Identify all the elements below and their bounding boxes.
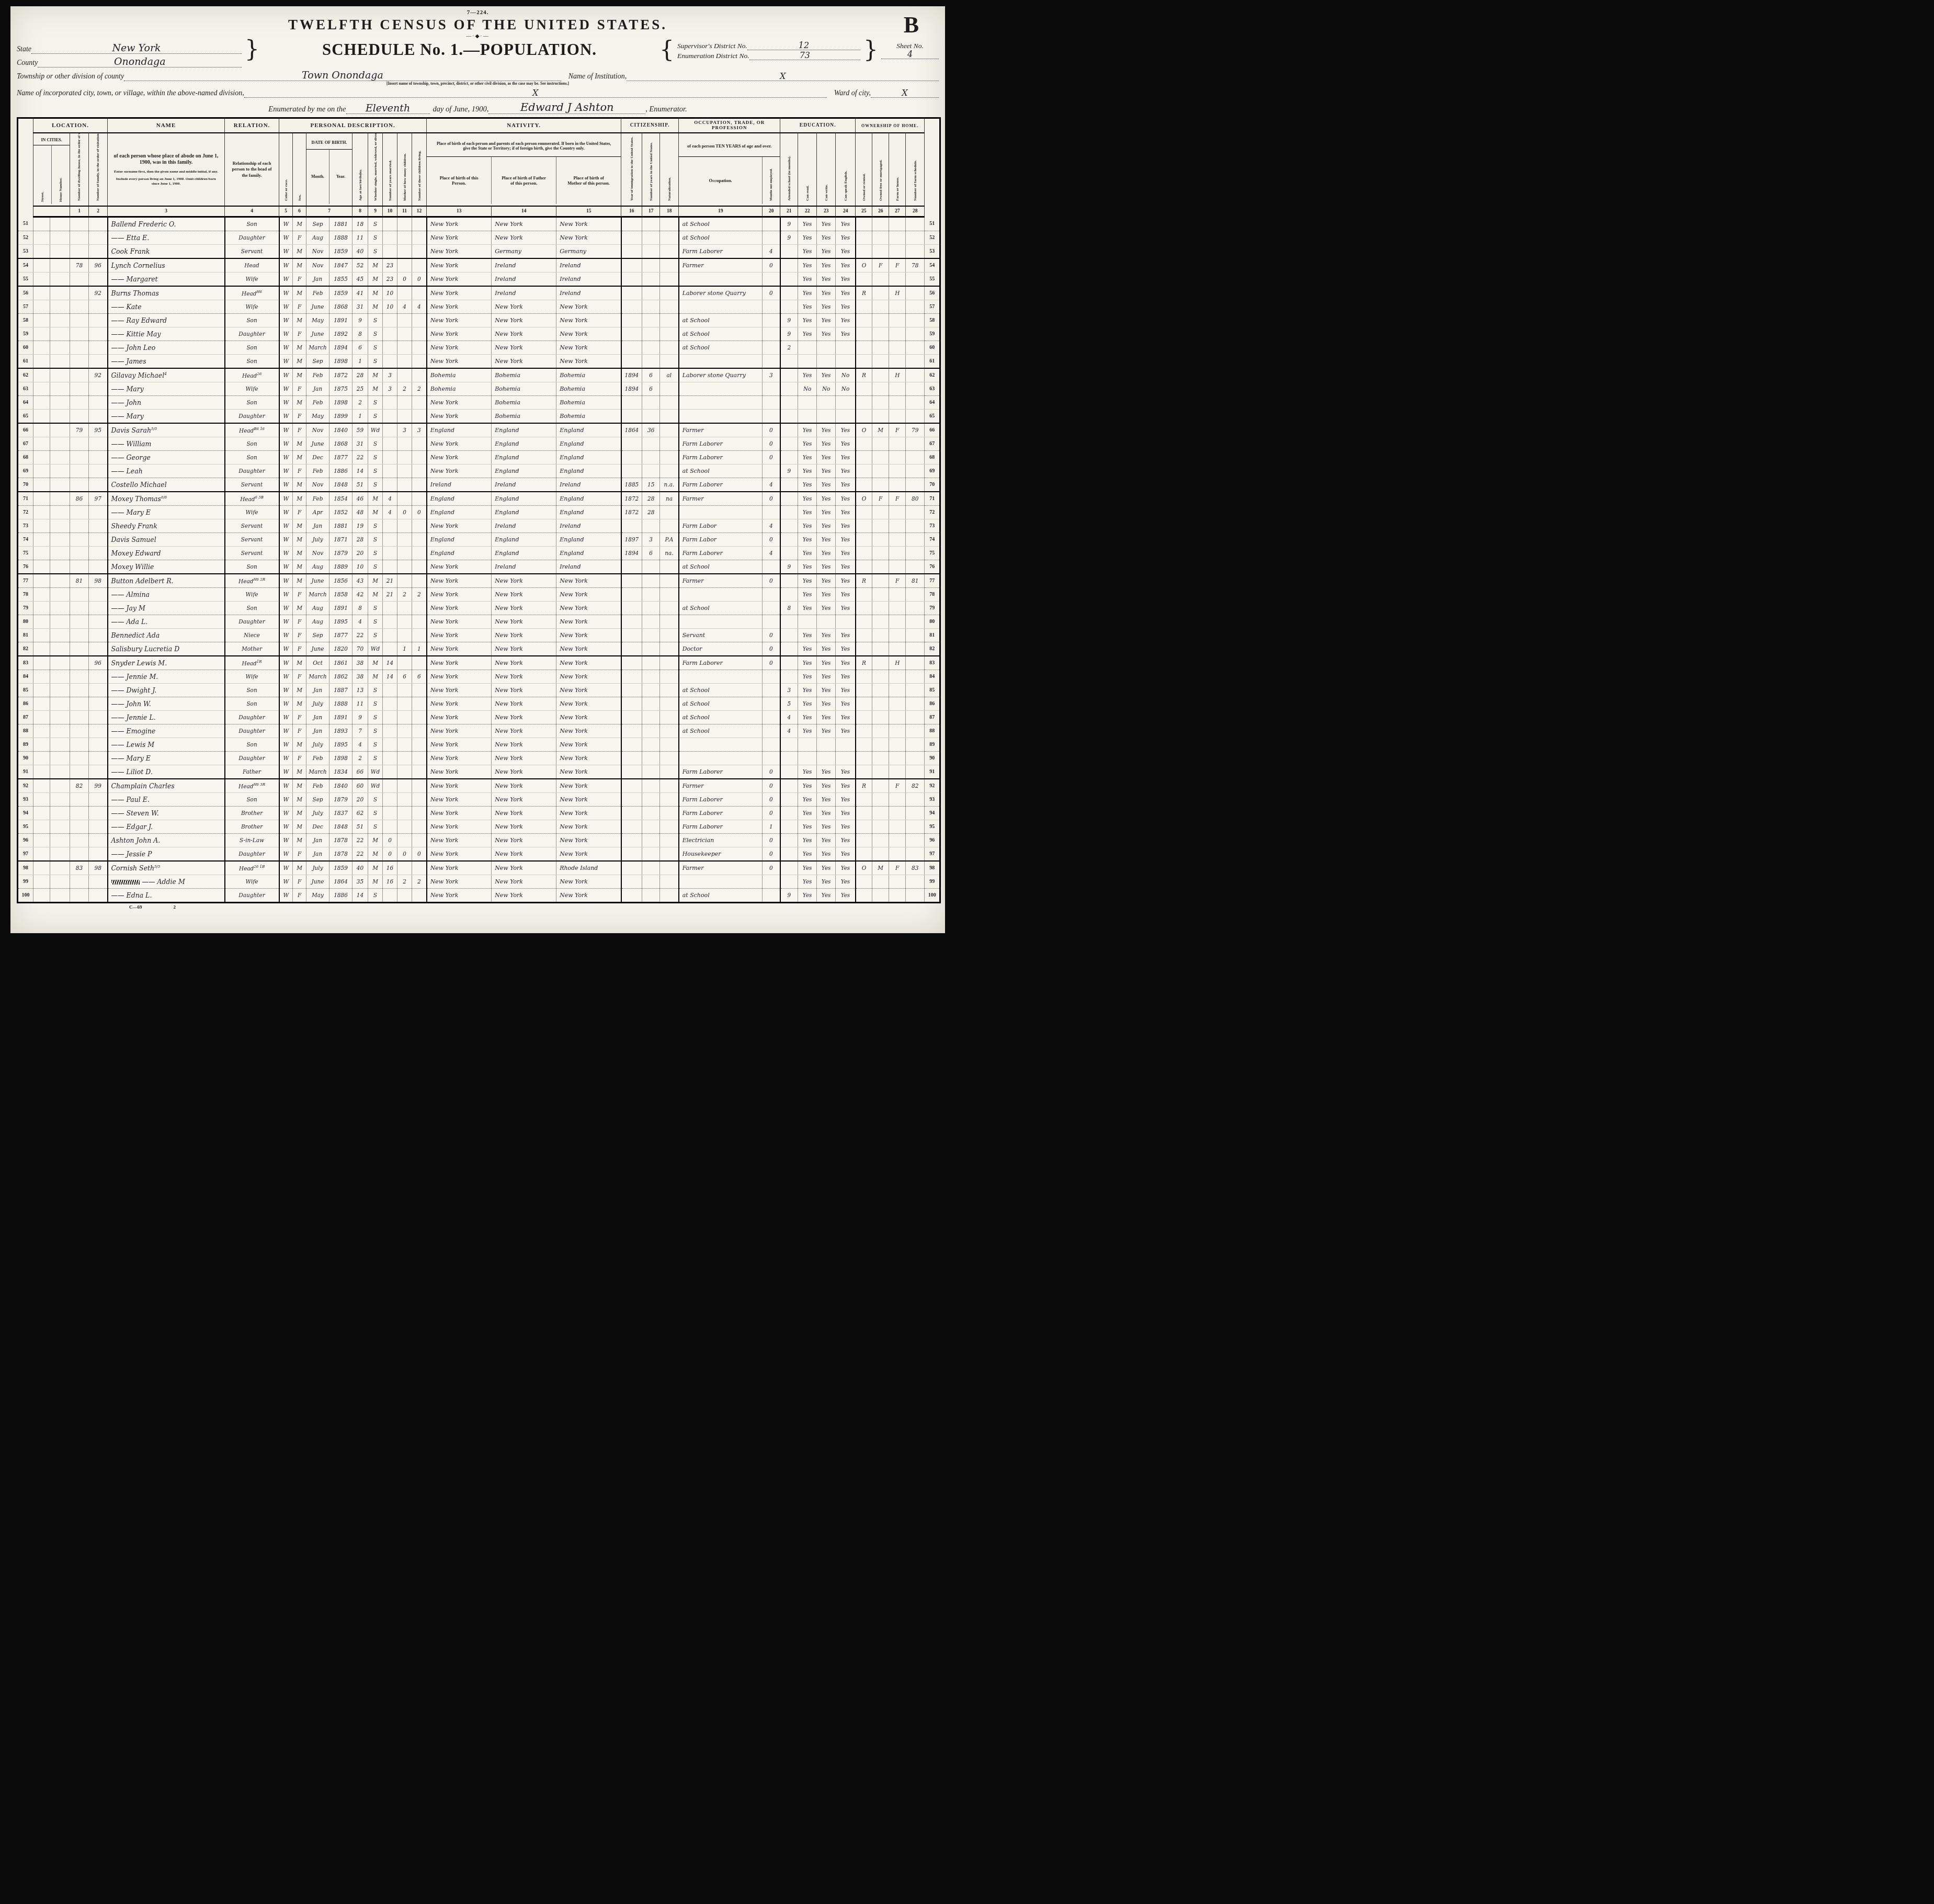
table-row: 100—— Edna L.DaughterWFMay188614SNew Yor… bbox=[18, 889, 940, 903]
cell-age: 1 bbox=[352, 410, 368, 424]
cell-iy bbox=[621, 464, 642, 478]
cell-rel: Wife bbox=[225, 670, 279, 684]
cell-sc bbox=[780, 478, 798, 492]
cell-wr: Yes bbox=[817, 588, 836, 602]
cell-ch bbox=[397, 629, 412, 642]
cell-mu: 0 bbox=[763, 656, 780, 670]
cell-ch: 2 bbox=[397, 875, 412, 889]
cell-dw bbox=[70, 834, 89, 847]
cell-fm bbox=[872, 684, 889, 697]
cell-ch bbox=[397, 738, 412, 752]
table-row: 73Sheedy FrankServantWMJan188119SNew Yor… bbox=[18, 519, 940, 533]
cell-m: S bbox=[368, 231, 383, 245]
cell-pm: Bohemia bbox=[556, 410, 621, 424]
cell-yu bbox=[642, 300, 660, 314]
cell-pb: New York bbox=[427, 273, 492, 287]
cell-mo: June bbox=[306, 300, 329, 314]
cell-rd: Yes bbox=[798, 245, 817, 259]
cell-fs: 80 bbox=[906, 492, 925, 506]
cell-fm bbox=[872, 341, 889, 355]
row-number-right: 51 bbox=[925, 217, 940, 231]
cell-pb: New York bbox=[427, 341, 492, 355]
cell-mo: Jan bbox=[306, 834, 329, 847]
row-number-left: 54 bbox=[18, 258, 33, 273]
cell-hn bbox=[50, 820, 70, 834]
cell-dw bbox=[70, 875, 89, 889]
cell-pb: New York bbox=[427, 765, 492, 779]
cell-en: Yes bbox=[836, 875, 856, 889]
sex-label: Sex. bbox=[298, 136, 302, 201]
owned-rented-label: Owned or rented. bbox=[862, 136, 866, 201]
cell-fs bbox=[906, 738, 925, 752]
table-row: 8396Snyder Lewis M.Head1RWMOct186138M14N… bbox=[18, 656, 940, 670]
row-number-left: 94 bbox=[18, 807, 33, 820]
cell-m: S bbox=[368, 738, 383, 752]
cell-fs bbox=[906, 642, 925, 656]
cell-occ: Electrician bbox=[679, 834, 763, 847]
cell-hn bbox=[50, 875, 70, 889]
cell-fam bbox=[89, 245, 108, 259]
cell-m: S bbox=[368, 327, 383, 341]
cell-c: W bbox=[279, 656, 293, 670]
column-number-2: 2 bbox=[89, 206, 108, 217]
county-value: Onondaga bbox=[38, 57, 242, 67]
cell-iy bbox=[621, 642, 642, 656]
cell-rel: Servant bbox=[225, 519, 279, 533]
cell-fh bbox=[889, 629, 906, 642]
cell-occ: Farm Laborer bbox=[679, 793, 763, 807]
cell-pf: Ireland bbox=[492, 478, 556, 492]
cell-iy bbox=[621, 341, 642, 355]
cell-wr bbox=[817, 738, 836, 752]
cell-cl bbox=[412, 629, 427, 642]
cell-occ: at School bbox=[679, 341, 763, 355]
cell-ow bbox=[856, 437, 872, 451]
ward-value: X bbox=[871, 89, 939, 98]
cell-fam bbox=[89, 847, 108, 862]
cell-pf: New York bbox=[492, 861, 556, 875]
cell-x: M bbox=[293, 368, 306, 382]
cell-pm: New York bbox=[556, 724, 621, 738]
cell-hn bbox=[50, 327, 70, 341]
cell-fs bbox=[906, 656, 925, 670]
cell-en: Yes bbox=[836, 533, 856, 547]
cell-occ: Farm Laborer bbox=[679, 656, 763, 670]
cell-fm bbox=[872, 724, 889, 738]
cell-rd: Yes bbox=[798, 519, 817, 533]
cell-yu bbox=[642, 697, 660, 711]
cell-pb: New York bbox=[427, 602, 492, 615]
crossed-out-scribble bbox=[111, 880, 140, 885]
cell-en: Yes bbox=[836, 807, 856, 820]
cell-sc bbox=[780, 519, 798, 533]
cell-mo: July bbox=[306, 697, 329, 711]
cell-age: 1 bbox=[352, 355, 368, 369]
cell-rd: Yes bbox=[798, 273, 817, 287]
cell-pf: Ireland bbox=[492, 286, 556, 300]
cell-iy bbox=[621, 875, 642, 889]
cell-en: Yes bbox=[836, 300, 856, 314]
cell-fh bbox=[889, 602, 906, 615]
cell-fs: 78 bbox=[906, 258, 925, 273]
cell-wr: Yes bbox=[817, 684, 836, 697]
row-number-left: 85 bbox=[18, 684, 33, 697]
street-column-label: Street. bbox=[40, 148, 44, 202]
cell-rd: Yes bbox=[798, 684, 817, 697]
cell-mu bbox=[763, 588, 780, 602]
cell-fh bbox=[889, 820, 906, 834]
cell-mu bbox=[763, 217, 780, 231]
cell-fs bbox=[906, 300, 925, 314]
cell-pf: New York bbox=[492, 711, 556, 724]
cell-age: 14 bbox=[352, 464, 368, 478]
cell-pb: Ireland bbox=[427, 478, 492, 492]
row-number-right: 99 bbox=[925, 875, 940, 889]
cell-occ bbox=[679, 738, 763, 752]
cell-sc bbox=[780, 533, 798, 547]
cell-fm bbox=[872, 314, 889, 327]
cell-yu bbox=[642, 560, 660, 574]
cell-x: F bbox=[293, 327, 306, 341]
cell-st bbox=[33, 519, 50, 533]
cell-x: M bbox=[293, 547, 306, 560]
cell-age: 8 bbox=[352, 327, 368, 341]
cell-rd: No bbox=[798, 382, 817, 396]
cell-cl bbox=[412, 560, 427, 574]
column-number-18: 18 bbox=[660, 206, 679, 217]
months-not-employed-label: Months not employed. bbox=[769, 160, 773, 201]
row-number-left: 91 bbox=[18, 765, 33, 779]
cell-m: S bbox=[368, 341, 383, 355]
row-number-right: 67 bbox=[925, 437, 940, 451]
row-number-right: 75 bbox=[925, 547, 940, 560]
cell-occ: Farm Laborer bbox=[679, 820, 763, 834]
cell-wr bbox=[817, 615, 836, 629]
cell-dw bbox=[70, 615, 89, 629]
cell-dw bbox=[70, 738, 89, 752]
cell-na bbox=[660, 217, 679, 231]
cell-x: M bbox=[293, 258, 306, 273]
row-number-right: 85 bbox=[925, 684, 940, 697]
cell-pm: England bbox=[556, 423, 621, 437]
cell-age: 35 bbox=[352, 875, 368, 889]
cell-yr: 1848 bbox=[329, 478, 352, 492]
cell-pf: England bbox=[492, 451, 556, 464]
cell-ow bbox=[856, 752, 872, 765]
table-row: 95—— Edgar J.BrotherWMDec184851SNew York… bbox=[18, 820, 940, 834]
table-row: 90—— Mary EDaughterWFFeb18982SNew YorkNe… bbox=[18, 752, 940, 765]
cell-en: Yes bbox=[836, 684, 856, 697]
cell-fm bbox=[872, 738, 889, 752]
cell-yu bbox=[642, 464, 660, 478]
cell-pf: New York bbox=[492, 820, 556, 834]
cell-m: S bbox=[368, 560, 383, 574]
cell-wr: Yes bbox=[817, 245, 836, 259]
cell-dw bbox=[70, 245, 89, 259]
table-row: 68—— GeorgeSonWMDec187722SNew YorkEnglan… bbox=[18, 451, 940, 464]
cell-name: —— Lewis M bbox=[108, 738, 225, 752]
cell-age: 40 bbox=[352, 245, 368, 259]
cell-age: 25 bbox=[352, 382, 368, 396]
cell-pb: New York bbox=[427, 807, 492, 820]
cell-st bbox=[33, 629, 50, 642]
cell-sc bbox=[780, 847, 798, 862]
cell-en: Yes bbox=[836, 765, 856, 779]
cell-fm bbox=[872, 382, 889, 396]
cell-fm bbox=[872, 410, 889, 424]
row-number-left: 90 bbox=[18, 752, 33, 765]
cell-wr: Yes bbox=[817, 314, 836, 327]
cell-ch: 0 bbox=[397, 506, 412, 519]
cell-pf: New York bbox=[492, 670, 556, 684]
cell-pf: England bbox=[492, 437, 556, 451]
cell-pf: New York bbox=[492, 697, 556, 711]
cell-ym bbox=[383, 560, 397, 574]
cell-ow bbox=[856, 314, 872, 327]
cell-rel: Son bbox=[225, 314, 279, 327]
cell-age: 70 bbox=[352, 642, 368, 656]
cell-c: W bbox=[279, 738, 293, 752]
cell-occ: at School bbox=[679, 711, 763, 724]
city-value: X bbox=[244, 89, 827, 98]
cell-m: M bbox=[368, 861, 383, 875]
cell-mo: Oct bbox=[306, 656, 329, 670]
cell-st bbox=[33, 697, 50, 711]
cell-m: S bbox=[368, 245, 383, 259]
cell-ow bbox=[856, 355, 872, 369]
cell-cl: 0 bbox=[412, 847, 427, 862]
cell-hn bbox=[50, 519, 70, 533]
cell-age: 38 bbox=[352, 656, 368, 670]
cell-dw bbox=[70, 807, 89, 820]
cell-x: M bbox=[293, 217, 306, 231]
cell-yr: 1848 bbox=[329, 820, 352, 834]
table-row: 93—— Paul E.SonWMSep187920SNew YorkNew Y… bbox=[18, 793, 940, 807]
row-number-right: 93 bbox=[925, 793, 940, 807]
cell-yr: 1868 bbox=[329, 437, 352, 451]
cell-ow bbox=[856, 765, 872, 779]
cell-wr: Yes bbox=[817, 560, 836, 574]
cell-m: S bbox=[368, 464, 383, 478]
cell-pb: New York bbox=[427, 889, 492, 903]
cell-yr: 1858 bbox=[329, 588, 352, 602]
cell-yr: 1847 bbox=[329, 258, 352, 273]
cell-rd: Yes bbox=[798, 231, 817, 245]
cell-c: W bbox=[279, 368, 293, 382]
row-number-left: 83 bbox=[18, 656, 33, 670]
cell-pb: New York bbox=[427, 847, 492, 862]
cell-dw bbox=[70, 368, 89, 382]
cell-x: F bbox=[293, 300, 306, 314]
cell-dw bbox=[70, 286, 89, 300]
cell-fm bbox=[872, 711, 889, 724]
cell-pf: New York bbox=[492, 807, 556, 820]
cell-sc bbox=[780, 820, 798, 834]
cell-fh bbox=[889, 273, 906, 287]
cell-fs bbox=[906, 341, 925, 355]
cell-iy bbox=[621, 286, 642, 300]
cell-name: —— Mary bbox=[108, 382, 225, 396]
cell-c: W bbox=[279, 423, 293, 437]
cell-wr bbox=[817, 410, 836, 424]
cell-ch bbox=[397, 793, 412, 807]
cell-m: M bbox=[368, 834, 383, 847]
cell-wr: Yes bbox=[817, 711, 836, 724]
district-block: { Supervisor's District No. 12 Enumerati… bbox=[656, 40, 939, 60]
cell-rd: Yes bbox=[798, 574, 817, 588]
cell-sc bbox=[780, 382, 798, 396]
cell-rd: Yes bbox=[798, 602, 817, 615]
cell-ow bbox=[856, 847, 872, 862]
table-row: 82Salisbury Lucretia DMotherWFJune182070… bbox=[18, 642, 940, 656]
cell-rel: HeadB6 16 bbox=[225, 423, 279, 437]
cell-fam: 97 bbox=[89, 492, 108, 506]
cell-x: F bbox=[293, 724, 306, 738]
cell-pf: Ireland bbox=[492, 560, 556, 574]
row-number-left: 95 bbox=[18, 820, 33, 834]
cell-sc: 9 bbox=[780, 889, 798, 903]
farm-or-house-label: Farm or house. bbox=[895, 136, 900, 201]
cell-c: W bbox=[279, 300, 293, 314]
cell-fs bbox=[906, 533, 925, 547]
cell-c: W bbox=[279, 847, 293, 862]
cell-wr: Yes bbox=[817, 423, 836, 437]
cell-fh: H bbox=[889, 368, 906, 382]
row-number-left: 89 bbox=[18, 738, 33, 752]
cell-occ: Farm Labor bbox=[679, 519, 763, 533]
cell-c: W bbox=[279, 478, 293, 492]
cell-hn bbox=[50, 506, 70, 519]
row-number-left: 56 bbox=[18, 286, 33, 300]
naturalization-label: Naturalization. bbox=[667, 136, 672, 201]
cell-yr: 1852 bbox=[329, 506, 352, 519]
cell-na bbox=[660, 820, 679, 834]
cell-mo: Jan bbox=[306, 382, 329, 396]
cell-fam bbox=[89, 560, 108, 574]
group-relation: RELATION. bbox=[225, 118, 279, 133]
cell-fh bbox=[889, 300, 906, 314]
row-number-left: 58 bbox=[18, 314, 33, 327]
cell-dw bbox=[70, 451, 89, 464]
cell-rd: Yes bbox=[798, 820, 817, 834]
cell-fam bbox=[89, 588, 108, 602]
cell-cl: 4 bbox=[412, 300, 427, 314]
cell-wr: Yes bbox=[817, 478, 836, 492]
cell-sc: 9 bbox=[780, 560, 798, 574]
cell-rd: Yes bbox=[798, 437, 817, 451]
cell-ch bbox=[397, 286, 412, 300]
cell-mu: 0 bbox=[763, 574, 780, 588]
cell-ym: 14 bbox=[383, 656, 397, 670]
cell-cl bbox=[412, 451, 427, 464]
cell-mo: Feb bbox=[306, 464, 329, 478]
cell-wr: Yes bbox=[817, 217, 836, 231]
cell-ch bbox=[397, 889, 412, 903]
cell-yu bbox=[642, 451, 660, 464]
cell-pm: New York bbox=[556, 602, 621, 615]
cell-hn bbox=[50, 779, 70, 793]
cell-fh bbox=[889, 533, 906, 547]
cell-fm bbox=[872, 629, 889, 642]
cell-occ: at School bbox=[679, 889, 763, 903]
cell-en bbox=[836, 752, 856, 765]
cell-pm: New York bbox=[556, 738, 621, 752]
cell-name: —— Mary E bbox=[108, 752, 225, 765]
cell-iy: 1894 bbox=[621, 368, 642, 382]
table-row: 78—— AlminaWifeWFMarch185842M2122New Yor… bbox=[18, 588, 940, 602]
cell-fs bbox=[906, 820, 925, 834]
table-row: 5692Burns ThomasHeadH6WMFeb185941M10New … bbox=[18, 286, 940, 300]
cell-na bbox=[660, 382, 679, 396]
cell-mo: Nov bbox=[306, 245, 329, 259]
cell-cl bbox=[412, 697, 427, 711]
cell-iy bbox=[621, 820, 642, 834]
sheet-side-letter: B bbox=[904, 12, 919, 38]
row-number-right: 56 bbox=[925, 286, 940, 300]
cell-ym: 14 bbox=[383, 670, 397, 684]
cell-pf: New York bbox=[492, 779, 556, 793]
cell-yr: 1891 bbox=[329, 314, 352, 327]
cell-na bbox=[660, 437, 679, 451]
cell-st bbox=[33, 861, 50, 875]
cell-wr: Yes bbox=[817, 519, 836, 533]
cell-fm bbox=[872, 847, 889, 862]
cell-rel: Son bbox=[225, 341, 279, 355]
cell-x: M bbox=[293, 779, 306, 793]
cell-pf: England bbox=[492, 506, 556, 519]
cell-fh bbox=[889, 724, 906, 738]
cell-wr: Yes bbox=[817, 793, 836, 807]
cell-rel: Servant bbox=[225, 478, 279, 492]
cell-fh bbox=[889, 464, 906, 478]
row-number-left: 63 bbox=[18, 382, 33, 396]
cell-fh bbox=[889, 711, 906, 724]
cell-name: —— Etta E. bbox=[108, 231, 225, 245]
group-personal-description: PERSONAL DESCRIPTION. bbox=[279, 118, 427, 133]
cell-age: 9 bbox=[352, 314, 368, 327]
cell-fam bbox=[89, 327, 108, 341]
cell-fam: 96 bbox=[89, 258, 108, 273]
cell-occ: at School bbox=[679, 697, 763, 711]
cell-age: 46 bbox=[352, 492, 368, 506]
cell-na bbox=[660, 752, 679, 765]
cell-ch bbox=[397, 602, 412, 615]
cell-yr: 1888 bbox=[329, 231, 352, 245]
cell-dw bbox=[70, 396, 89, 410]
cell-mo: March bbox=[306, 765, 329, 779]
relation-annotation: H6 bbox=[256, 290, 262, 294]
cell-en bbox=[836, 355, 856, 369]
cell-sc: 9 bbox=[780, 327, 798, 341]
cell-mu: 4 bbox=[763, 547, 780, 560]
cell-yu bbox=[642, 738, 660, 752]
cell-wr bbox=[817, 355, 836, 369]
row-number-right: 62 bbox=[925, 368, 940, 382]
cell-occ: Farmer bbox=[679, 258, 763, 273]
cell-dw bbox=[70, 642, 89, 656]
cell-c: W bbox=[279, 547, 293, 560]
cell-st bbox=[33, 765, 50, 779]
cell-sc bbox=[780, 752, 798, 765]
cell-wr: Yes bbox=[817, 834, 836, 847]
cell-ym bbox=[383, 314, 397, 327]
cell-mu bbox=[763, 711, 780, 724]
cell-fh bbox=[889, 382, 906, 396]
name-column-header: of each person whose place of abode on J… bbox=[108, 133, 225, 206]
cell-yr: 1895 bbox=[329, 738, 352, 752]
cell-age: 6 bbox=[352, 341, 368, 355]
cell-ch bbox=[397, 245, 412, 259]
